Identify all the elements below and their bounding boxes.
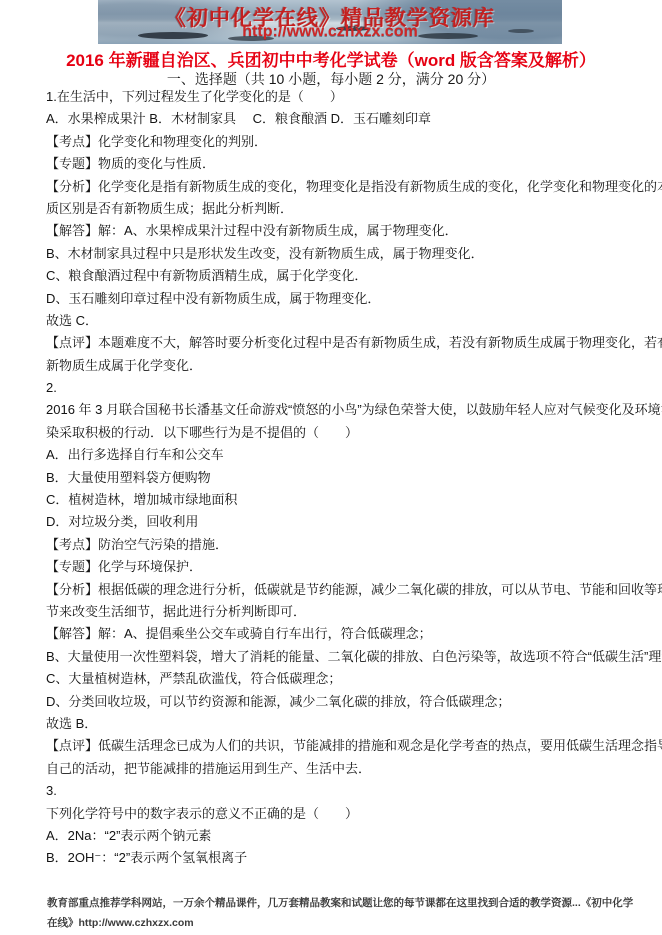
body-text-line: 2. [46, 377, 646, 399]
body-text-line: 自己的活动，把节能减排的措施运用到生产、生活中去． [46, 758, 646, 780]
body-text-line: 节来改变生活细节，据此进行分析判断即可． [46, 601, 646, 623]
body-text-line: 【点评】低碳生活理念已成为人们的共识，节能减排的措施和观念是化学考查的热点，要用… [46, 735, 646, 757]
body-text-line: 【分析】化学变化是指有新物质生成的变化，物理变化是指没有新物质生成的变化，化学变… [46, 176, 646, 198]
body-text-line: 新物质生成属于化学变化． [46, 355, 646, 377]
body-text-line: 下列化学符号中的数字表示的意义不正确的是（ ） [46, 803, 646, 825]
document-page: 《初中化学在线》精品教学资源库 http://www.czhxzx.com 20… [0, 0, 662, 935]
body-text-line: 3. [46, 780, 646, 802]
document-title: 2016 年新疆自治区、兵团初中中考化学试卷（word 版含答案及解析） [0, 46, 662, 71]
body-text-line: 【专题】化学与环境保护． [46, 556, 646, 578]
body-text-line: 质区别是否有新物质生成；据此分析判断． [46, 198, 646, 220]
body-text-line: 故选 B． [46, 713, 646, 735]
body-text-line: C、大量植树造林，严禁乱砍滥伐，符合低碳理念； [46, 668, 646, 690]
body-text-line: 【解答】解：A、提倡乘坐公交车或骑自行车出行，符合低碳理念； [46, 623, 646, 645]
body-text-line: 故选 C． [46, 310, 646, 332]
body-text-line: A．出行多选择自行车和公交车 [46, 444, 646, 466]
body-text-line: B、木材制家具过程中只是形状发生改变，没有新物质生成，属于物理变化． [46, 243, 646, 265]
body-text-line: B、大量使用一次性塑料袋，增大了消耗的能量、二氧化碳的排放、白色污染等，故选项不… [46, 646, 646, 668]
body-text-line: A．2Na：“2”表示两个钠元素 [46, 825, 646, 847]
footer-text-line: 在线》http://www.czhxzx.com [47, 913, 627, 933]
page-footer: 教育部重点推荐学科网站，一万余个精品课件，几万套精品教案和试题让您的每节课都在这… [47, 893, 627, 933]
body-text-line: C．植树造林，增加城市绿地面积 [46, 489, 646, 511]
body-text-line: C、粮食酿酒过程中有新物质酒精生成，属于化学变化． [46, 265, 646, 287]
document-body: 1.在生活中，下列过程发生了化学变化的是（ ）A．水果榨成果汁 B．木材制家具 … [46, 86, 646, 870]
body-text-line: 【考点】防治空气污染的措施． [46, 534, 646, 556]
body-text-line: 2016 年 3 月联合国秘书长潘基文任命游戏“愤怒的小鸟”为绿色荣誉大使，以鼓… [46, 399, 646, 421]
body-text-line: 【分析】根据低碳的理念进行分析，低碳就是节约能源，减少二氧化碳的排放，可以从节电… [46, 579, 646, 601]
body-text-line: D．对垃圾分类，回收利用 [46, 511, 646, 533]
body-text-line: A．水果榨成果汁 B．木材制家具 C．粮食酿酒 D．玉石雕刻印章 [46, 108, 646, 130]
banner-site-url: http://www.czhxzx.com [98, 23, 562, 41]
body-text-line: 【专题】物质的变化与性质． [46, 153, 646, 175]
body-text-line: B．大量使用塑料袋方便购物 [46, 467, 646, 489]
body-text-line: D、分类回收垃圾，可以节约资源和能源，减少二氧化碳的排放，符合低碳理念； [46, 691, 646, 713]
site-banner: 《初中化学在线》精品教学资源库 http://www.czhxzx.com [98, 0, 562, 44]
footer-text-line: 教育部重点推荐学科网站，一万余个精品课件，几万套精品教案和试题让您的每节课都在这… [47, 893, 627, 913]
body-text-line: 【解答】解：A、水果榨成果汁过程中没有新物质生成，属于物理变化． [46, 220, 646, 242]
body-text-line: 【点评】本题难度不大，解答时要分析变化过程中是否有新物质生成，若没有新物质生成属… [46, 332, 646, 354]
body-text-line: 染采取积极的行动．以下哪些行为是不提倡的（ ） [46, 422, 646, 444]
body-text-line: B．2OH⁻：“2”表示两个氢氧根离子 [46, 847, 646, 869]
body-text-line: 【考点】化学变化和物理变化的判别． [46, 131, 646, 153]
body-text-line: 1.在生活中，下列过程发生了化学变化的是（ ） [46, 86, 646, 108]
body-text-line: D、玉石雕刻印章过程中没有新物质生成，属于物理变化． [46, 288, 646, 310]
